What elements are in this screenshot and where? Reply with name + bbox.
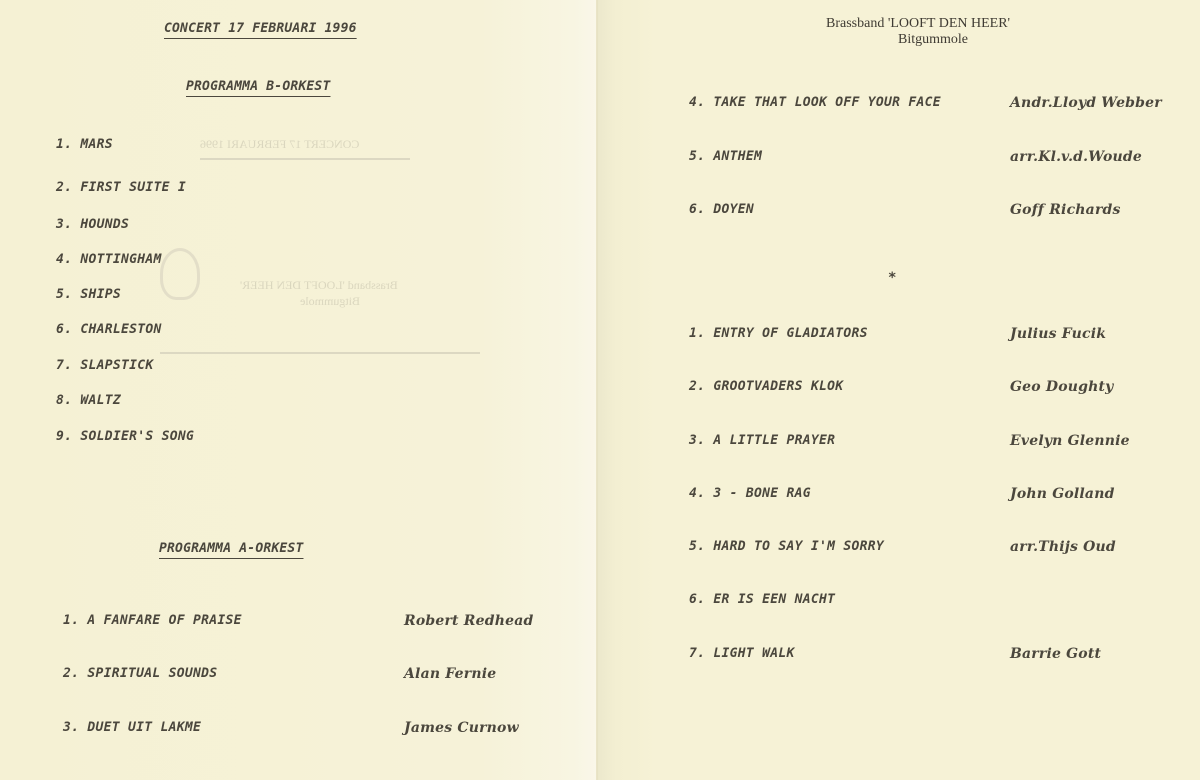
list-item: 9. SOLDIER'S SONG: [56, 429, 194, 444]
list-item-composer: arr.Thijs Oud: [1010, 539, 1116, 555]
bleedthrough-emblem-icon: [160, 248, 200, 300]
list-item: 5. SHIPS: [56, 287, 121, 302]
list-item: 2. FIRST SUITE I: [56, 180, 186, 195]
list-item-title: 3. DUET UIT LAKME: [63, 720, 201, 735]
bleedthrough-band: Brassband 'LOOFT DEN HEER': [240, 278, 398, 293]
list-item-composer: Goff Richards: [1010, 202, 1121, 218]
list-item-title: 6. DOYEN: [689, 202, 754, 217]
list-item-composer: Julius Fucik: [1010, 326, 1106, 342]
list-item-composer: arr.Kl.v.d.Woude: [1010, 149, 1142, 165]
list-item-title: 1. A FANFARE OF PRAISE: [63, 613, 242, 628]
list-item-composer: John Golland: [1010, 486, 1115, 502]
list-item-title: 2. SPIRITUAL SOUNDS: [63, 666, 217, 681]
bleedthrough-place: Bitgummole: [300, 294, 360, 309]
list-item-composer: Andr.Lloyd Webber: [1010, 95, 1162, 111]
list-item-title: 4. 3 - BONE RAG: [689, 486, 811, 501]
list-item-title: 5. HARD TO SAY I'M SORRY: [689, 539, 884, 554]
list-item-title: 1. ENTRY OF GLADIATORS: [689, 326, 868, 341]
b-orkest-heading: PROGRAMMA B-ORKEST: [186, 79, 330, 94]
list-item-title: 3. A LITTLE PRAYER: [689, 433, 835, 448]
list-item-title: 2. GROOTVADERS KLOK: [689, 379, 843, 394]
bleedthrough-rule: [200, 158, 410, 160]
list-item: 8. WALTZ: [56, 393, 121, 408]
right-page: Brassband 'LOOFT DEN HEER' Bitgummole 4.…: [598, 0, 1200, 780]
concert-title: CONCERT 17 FEBRUARI 1996: [164, 21, 357, 36]
list-item-title: 7. LIGHT WALK: [689, 646, 795, 661]
list-item-composer: Robert Redhead: [404, 613, 533, 629]
list-item-title: 6. ER IS EEN NACHT: [689, 592, 835, 607]
list-item-composer: James Curnow: [404, 720, 519, 736]
band-name: Brassband 'LOOFT DEN HEER': [826, 16, 1010, 32]
left-page: CONCERT 17 FEBRUARI 1996 Brassband 'LOOF…: [0, 0, 598, 780]
separator-asterisk: *: [888, 270, 896, 286]
list-item-composer: Barrie Gott: [1010, 646, 1101, 662]
bleedthrough-title: CONCERT 17 FEBRUARI 1996: [200, 137, 359, 152]
bleedthrough-bottom-rule: [160, 352, 480, 354]
list-item: 7. SLAPSTICK: [56, 358, 154, 373]
list-item: 4. NOTTINGHAM: [56, 252, 162, 267]
a-orkest-heading: PROGRAMMA A-ORKEST: [159, 541, 303, 556]
list-item-composer: Evelyn Glennie: [1010, 433, 1130, 449]
list-item-title: 4. TAKE THAT LOOK OFF YOUR FACE: [689, 95, 941, 110]
list-item: 6. CHARLESTON: [56, 322, 162, 337]
list-item: 1. MARS: [56, 137, 113, 152]
list-item-title: 5. ANTHEM: [689, 149, 762, 164]
band-place: Bitgummole: [898, 32, 968, 48]
list-item-composer: Geo Doughty: [1010, 379, 1114, 395]
list-item-composer: Alan Fernie: [404, 666, 496, 682]
list-item: 3. HOUNDS: [56, 217, 129, 232]
